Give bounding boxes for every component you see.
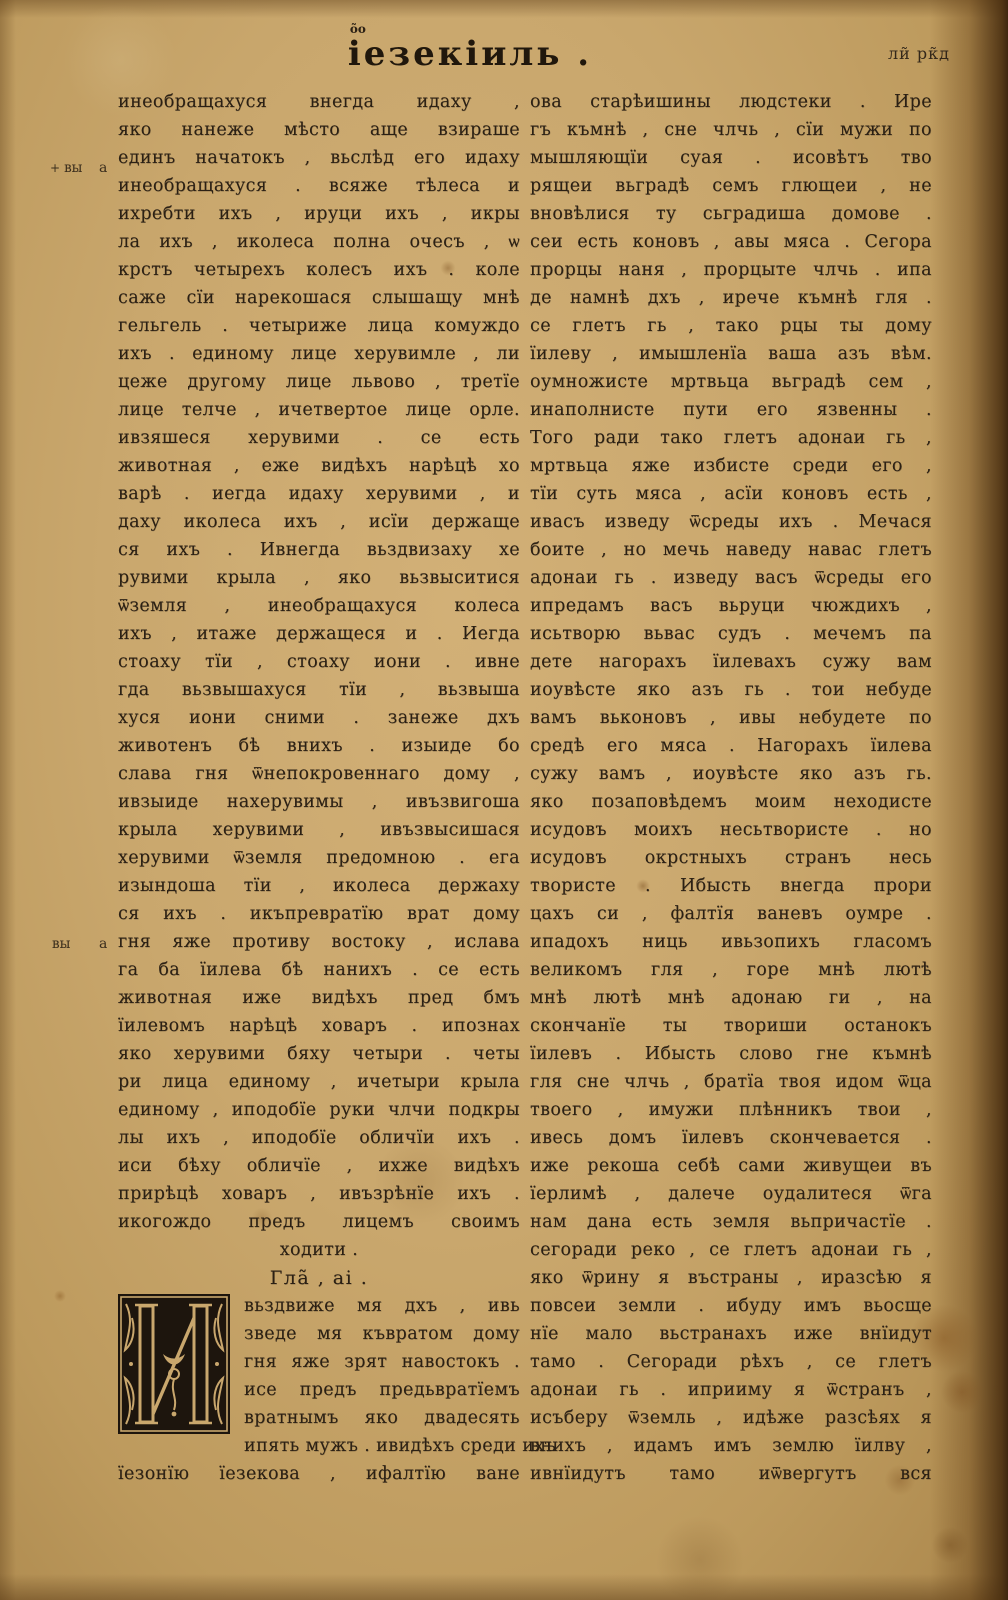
page-edge-bottom (0, 1574, 1008, 1600)
text-line: яко нанеже мѣсто аще взираше (118, 116, 520, 144)
text-line: прорцы наня , прорцыте члчь . ипа (530, 256, 932, 284)
text-line: їезонїю їезекова , ифалтїю ване (118, 1460, 520, 1488)
text-line: гня яже противу востоку , ислава (118, 928, 520, 956)
text-line: инеобращахуся внегда идаху , (118, 88, 520, 116)
text-line: икогождо предъ лицемъ своимъ (118, 1208, 520, 1236)
text-line: гля сне члчь , братїа твоя идом ѿца (530, 1068, 932, 1096)
text-line: ихребти ихъ , ируци ихъ , икры (118, 200, 520, 228)
text-line: де намнѣ дхъ , ирече къмнѣ гля . (530, 284, 932, 312)
text-line: ихъ , итаже держащеся и . Иегда (118, 620, 520, 648)
text-line: хуся иони сними . занеже дхъ (118, 704, 520, 732)
text-line: твоего , имужи плѣнникъ твои , (530, 1096, 932, 1124)
text-line: рувими крыла , яко вьзвыситися (118, 564, 520, 592)
text-line: оумножисте мртвьца вьградѣ сем , (530, 368, 932, 396)
text-line: адонаи гь . изведу васъ ѿсреды его (530, 564, 932, 592)
text-line: яко херувими бяху четыри . четы (118, 1040, 520, 1068)
book-page-scan: о̃оіезекіиль . ли̃ рк̃д +вы а вы а инеоб… (0, 0, 1008, 1600)
text-line: исьтворю вьвас судъ . мечемъ па (530, 620, 932, 648)
text-line: инеобращахуся . всяже тѣлеса и (118, 172, 520, 200)
text-line: ивнїидутъ тамо иѿвергутъ вся (530, 1460, 932, 1488)
chapter-heading: Гла̃ , аі . (118, 1264, 520, 1292)
left-column-lines: инеобращахуся внегда идаху ,яко нанеже м… (118, 88, 520, 1236)
text-line: яко ѿрину я въстраны , иразсѣю я (530, 1264, 932, 1292)
text-line: сегоради реко , се глетъ адонаи гь , (530, 1236, 932, 1264)
text-line: повсеи земли . ибуду имъ вьосще (530, 1292, 932, 1320)
text-line: исудовъ моихъ несьтвористе . но (530, 816, 932, 844)
text-line: ивзяшеся херувими . се есть (118, 424, 520, 452)
text-line: їерлимѣ , далече оудалитеся ѿга (530, 1180, 932, 1208)
text-line: боите , но мечь наведу навас глетъ (530, 536, 932, 564)
page-edge-left (0, 0, 16, 1600)
text-line: гъ къмнѣ , сне члчь , сїи мужи по (530, 116, 932, 144)
text-line: иже рекоша себѣ сами живущеи въ (530, 1152, 932, 1180)
text-line: ивасъ изведу ѿсреды ихъ . Мечася (530, 508, 932, 536)
text-line: вамъ вьконовъ , ивы небудете по (530, 704, 932, 732)
left-column: инеобращахуся внегда идаху ,яко нанеже м… (118, 88, 520, 1488)
text-line: ся ихъ . Ивнегда вьздвизаху хе (118, 536, 520, 564)
text-line: Того ради тако глетъ адонаи гь , (530, 424, 932, 452)
text-line: ивзыиде нахерувимы , ивъзвигоша (118, 788, 520, 816)
text-line: ихъ . единому лице херувимле , ли (118, 340, 520, 368)
text-line: ова старѣишины людстеки . Ире (530, 88, 932, 116)
text-line: твористе . Ибысть внегда прори (530, 872, 932, 900)
text-line: единому , иподобїе руки члчи подкры (118, 1096, 520, 1124)
text-line: средѣ его мяса . Нагорахъ їилева (530, 732, 932, 760)
margin-note-label: вы (64, 160, 82, 176)
text-line: се глетъ гь , тако рцы ты дому (530, 312, 932, 340)
text-line: ивесь домъ їилевъ скончевается . (530, 1124, 932, 1152)
text-line: цеже другому лице львово , третїе (118, 368, 520, 396)
text-line: крыла херувими , ивъзвысишася (118, 816, 520, 844)
page-title-text: іезекіиль . (348, 34, 592, 74)
text-line: мртвьца яже избисте среди его , (530, 452, 932, 480)
text-line: нам дана есть земля вьпричастїе . (530, 1208, 932, 1236)
text-line: слава гня ѿнепокровеннаго дому , (118, 760, 520, 788)
text-line: ся ихъ . икъпревратїю врат дому (118, 900, 520, 928)
running-header: о̃оіезекіиль . (0, 34, 940, 74)
text-line: тамо . Сегоради рѣхъ , се глетъ (530, 1348, 932, 1376)
text-line: инаполнисте пути его язвенны . (530, 396, 932, 424)
folio-number: ли̃ рк̃д (888, 44, 950, 63)
text-line: тїи суть мяса , асїи коновъ есть , (530, 480, 932, 508)
binding-gutter-shadow (930, 0, 1008, 1600)
text-line: херувими ѿземля предомною . ега (118, 844, 520, 872)
right-column-lines: ова старѣишины людстеки . Ирегъ къмнѣ , … (530, 88, 932, 1488)
text-line: яко позаповѣдемъ моим неходисте (530, 788, 932, 816)
text-line: га ба їилева бѣ нанихъ . се есть (118, 956, 520, 984)
text-line: ѿземля , инеобращахуся колеса (118, 592, 520, 620)
text-line: иси бѣху обличїе , ихже видѣхъ (118, 1152, 520, 1180)
text-line: лице телче , ичетвертое лице орле. (118, 396, 520, 424)
chapter-opening-paragraph: вьздвиже мя дхъ , ивьзведе мя къвратом д… (118, 1292, 520, 1488)
text-line: сеи есть коновъ , авы мяса . Сегора (530, 228, 932, 256)
verse-letter: а (99, 160, 107, 176)
text-line: прирѣцѣ ховаръ , ивъзрѣнїе ихъ . (118, 1180, 520, 1208)
text-line: саже сїи нарекошася слышащу мнѣ (118, 284, 520, 312)
text-line: ипадохъ ниць ивьзопихъ гласомъ (530, 928, 932, 956)
text-line: лы ихъ , иподобїе обличїи ихъ . (118, 1124, 520, 1152)
text-line: мнѣ лютѣ мнѣ адонаю ги , на (530, 984, 932, 1012)
margin-cross-icon: + (50, 161, 60, 175)
text-line: нїе мало вьстранахъ иже внїидут (530, 1320, 932, 1348)
text-line: їилевомъ нарѣцѣ ховаръ . ипознах (118, 1012, 520, 1040)
text-line: рящеи вьградѣ семъ глющеи , не (530, 172, 932, 200)
text-line: гда вьзвышахуся тїи , вьзвыша (118, 676, 520, 704)
verse-letter: а (99, 936, 107, 952)
text-line: мышляющїи суая . исовѣтъ тво (530, 144, 932, 172)
ornate-initial-letter-И (118, 1294, 230, 1434)
text-line: скончанїе ты твориши останокъ (530, 1012, 932, 1040)
text-line: единъ начатокъ , вьслѣд его идаху (118, 144, 520, 172)
text-line: сужу вамъ , иоувѣсте яко азъ гь. (530, 760, 932, 788)
page-title: о̃оіезекіиль . (348, 34, 592, 74)
text-line: внихъ , идамъ имъ землю їилву , (530, 1432, 932, 1460)
page-edge-top (0, 0, 1008, 18)
text-line: дете нагорахъ їилевахъ сужу вам (530, 648, 932, 676)
text-line: ла ихъ , иколеса полна очесъ , ѡ (118, 228, 520, 256)
text-line: ипредамъ васъ вьруци чюждихъ , (530, 592, 932, 620)
margin-note: +вы (50, 160, 82, 176)
text-line: животная иже видѣхъ пред бмъ (118, 984, 520, 1012)
text-line: адонаи гь . иприиму я ѿстранъ , (530, 1376, 932, 1404)
text-line: стоаху тїи , стоаху иони . ивне (118, 648, 520, 676)
text-line: їилевъ . Ибысть слово гне къмнѣ (530, 1040, 932, 1068)
text-line: їилеву , имышленїа ваша азъ вѣм. (530, 340, 932, 368)
text-line: ри лица единому , ичетыри крыла (118, 1068, 520, 1096)
margin-note-label: вы (52, 936, 70, 952)
text-line: изындоша тїи , иколеса держаху (118, 872, 520, 900)
text-line: исудовъ окрстныхъ странъ несь (530, 844, 932, 872)
text-line: гельгель . четыриже лица комуждо (118, 312, 520, 340)
title-superscript-mark: о̃о (350, 22, 366, 36)
text-line: крстъ четырехъ колесъ ихъ . коле (118, 256, 520, 284)
text-line: исъберу ѿземль , идѣже разсѣях я (530, 1404, 932, 1432)
text-line: цахъ си , фалтїя ваневъ оумре . (530, 900, 932, 928)
text-line: ходити . (118, 1236, 520, 1264)
text-line: животная , еже видѣхъ нарѣцѣ хо (118, 452, 520, 480)
right-column: ова старѣишины людстеки . Ирегъ къмнѣ , … (530, 88, 932, 1488)
text-line: иоувѣсте яко азъ гь . тои небуде (530, 676, 932, 704)
text-line: великомъ гля , горе мнѣ лютѣ (530, 956, 932, 984)
text-line: вновѣлися ту сьградиша домове . (530, 200, 932, 228)
text-line: даху иколеса ихъ , исїи держаще (118, 508, 520, 536)
text-line: животенъ бѣ внихъ . изыиде бо (118, 732, 520, 760)
margin-note: вы (52, 936, 70, 952)
text-line: ипять мужъ . ивидѣхъ среди ихъ (118, 1432, 520, 1460)
text-line: варѣ . иегда идаху херувими , и (118, 480, 520, 508)
